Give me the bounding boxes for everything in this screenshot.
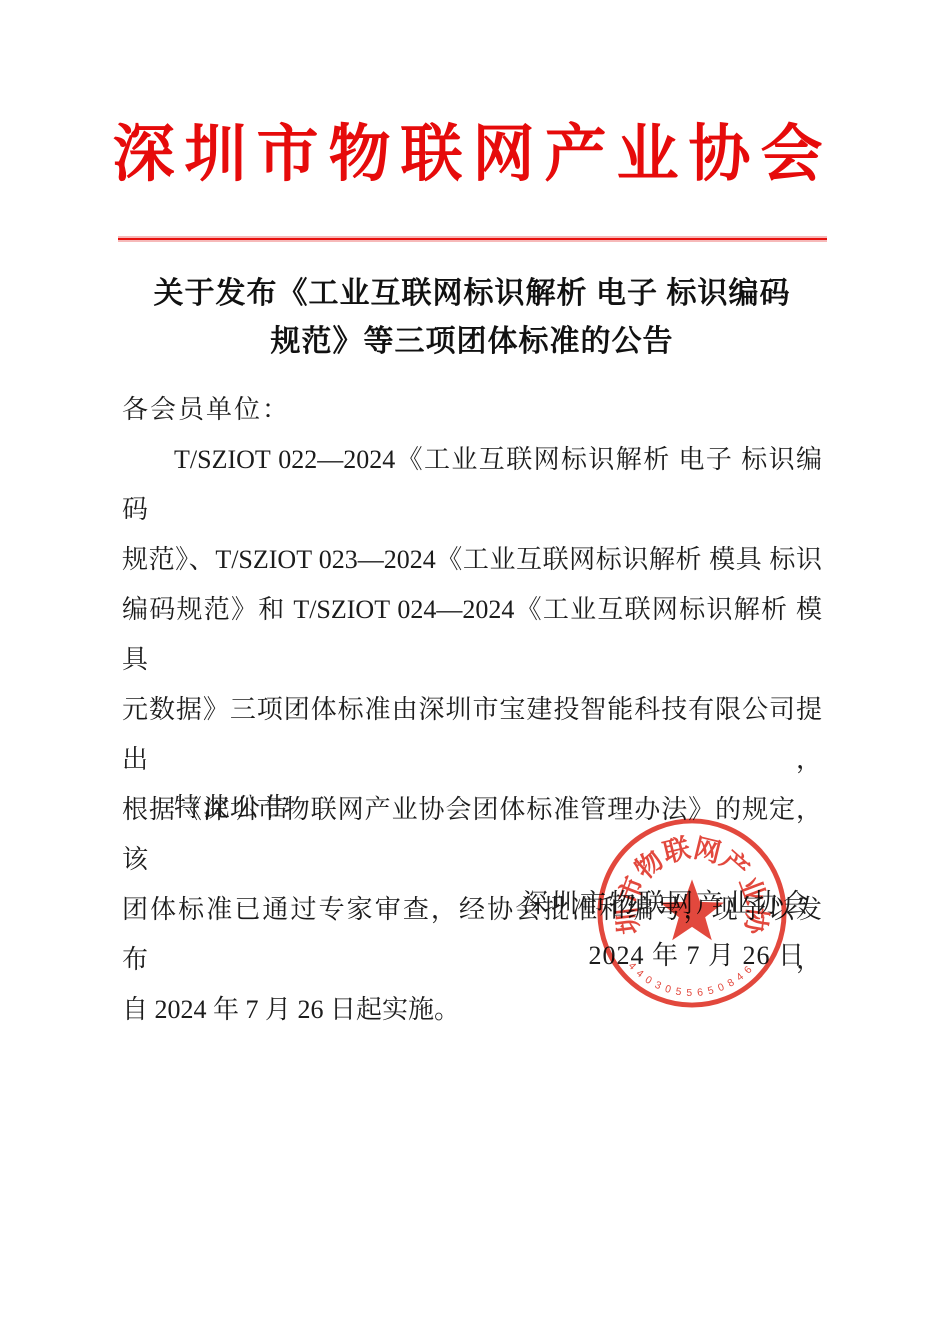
official-seal-stamp: 深圳市物联网产业协会 4403055650846 [593, 814, 791, 1012]
document-title: 关于发布《工业互联网标识解析 电子 标识编码 规范》等三项团体标准的公告 [62, 270, 882, 366]
announcement-document: 深圳市物联网产业协会 关于发布《工业互联网标识解析 电子 标识编码 规范》等三项… [0, 0, 945, 1336]
body-line: 规范》、T/SZIOT 023—2024《工业互联网标识解析 模具 标识 [122, 535, 822, 585]
seal-star-icon [660, 879, 724, 940]
document-title-line-2: 规范》等三项团体标准的公告 [62, 318, 882, 366]
body-line: 编码规范》和 T/SZIOT 024—2024《工业互联网标识解析 模具 [122, 585, 822, 685]
salutation: 各会员单位： [122, 385, 822, 435]
body-line: T/SZIOT 022—2024《工业互联网标识解析 电子 标识编码 [122, 435, 822, 535]
closing-phrase: 特此公告 [174, 783, 294, 833]
document-title-line-1: 关于发布《工业互联网标识解析 电子 标识编码 [62, 270, 882, 318]
body-line: 元数据》三项团体标准由深圳市宝建投智能科技有限公司提出， [122, 685, 822, 785]
letterhead-divider [118, 236, 827, 242]
seal-icon: 深圳市物联网产业协会 4403055650846 [593, 814, 791, 1012]
letterhead-org-name: 深圳市物联网产业协会 [0, 122, 945, 188]
